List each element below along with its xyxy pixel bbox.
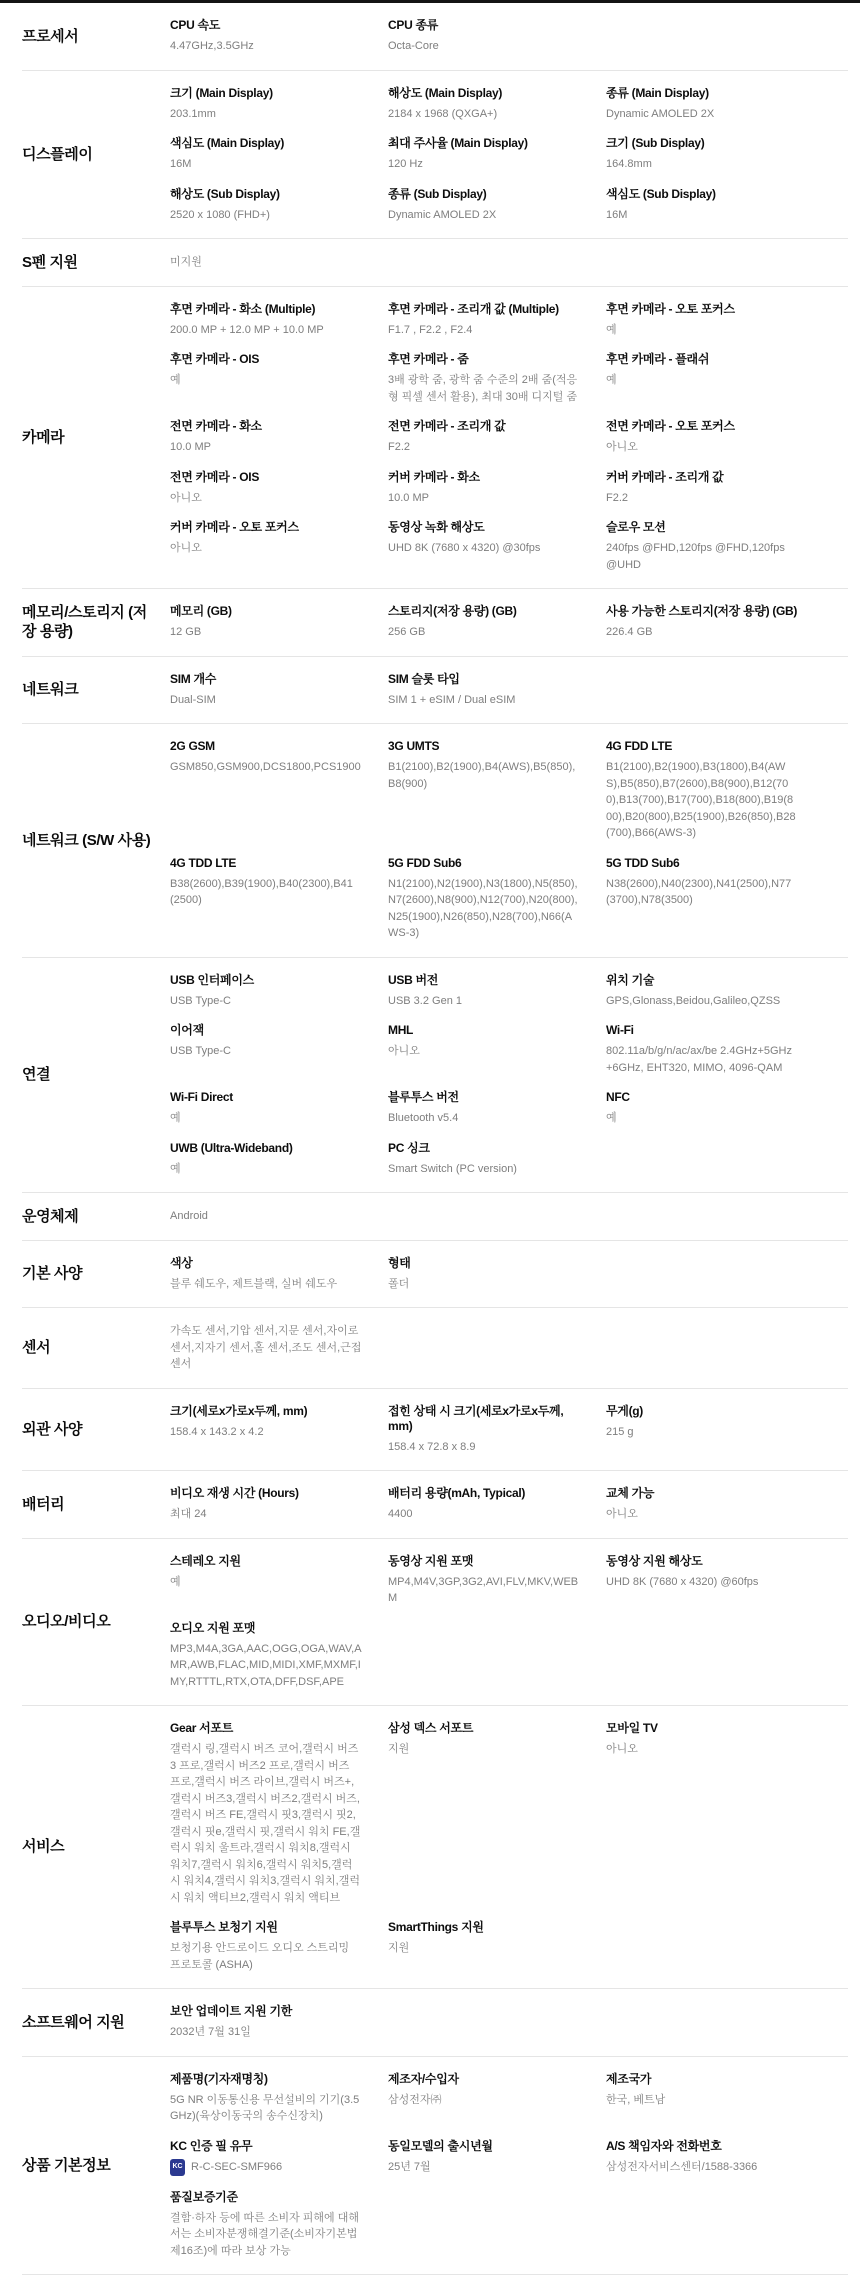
spec-item: A/S 책임자와 전화번호삼성전자서비스센터/1588-3366: [606, 2132, 808, 2183]
spec-item-label: 위치 기술: [606, 973, 798, 988]
spec-item-label: 후면 카메라 - 조리개 값 (Multiple): [388, 302, 580, 317]
spec-item: 미지원: [170, 247, 372, 278]
spec-item: 커버 카메라 - 조리개 값F2.2: [606, 463, 808, 514]
spec-item: 제품명(기자재명칭)5G NR 이동통신용 무선설비의 기기(3.5 GHz)(…: [170, 2065, 372, 2132]
spec-item: 이어잭USB Type-C: [170, 1016, 372, 1083]
spec-item-value: 예: [170, 1574, 362, 1591]
spec-item-value: 4400: [388, 1506, 580, 1523]
spec-section: 소프트웨어 지원보안 업데이트 지원 기한2032년 7월 31일: [22, 1989, 848, 2057]
spec-category-label: 서비스: [22, 1714, 170, 1980]
spec-item: 커버 카메라 - 오토 포커스아니오: [170, 513, 372, 580]
spec-item: 제조국가한국, 베트남: [606, 2065, 808, 2132]
spec-item: NFC예: [606, 1083, 808, 1134]
spec-item-label: 제조국가: [606, 2072, 798, 2087]
spec-item-label: 전면 카메라 - OIS: [170, 470, 362, 485]
spec-item: 전면 카메라 - 화소10.0 MP: [170, 412, 372, 463]
spec-item-value: 아니오: [388, 1043, 580, 1060]
spec-item: 4G FDD LTEB1(2100),B2(1900),B3(1800),B4(…: [606, 732, 808, 849]
kc-certification-icon: KC: [170, 2159, 185, 2176]
spec-item-value: 25년 7월: [388, 2159, 580, 2176]
spec-item-label: 커버 카메라 - 화소: [388, 470, 580, 485]
spec-item-label: UWB (Ultra-Wideband): [170, 1141, 362, 1156]
spec-item-value: 802.11a/b/g/n/ac/ax/be 2.4GHz+5GHz+6GHz,…: [606, 1043, 798, 1076]
spec-item-label: 블루투스 버전: [388, 1090, 580, 1105]
spec-row: 메모리 (GB)12 GB스토리지(저장 용량) (GB)256 GB사용 가능…: [170, 597, 808, 648]
spec-item: USB 인터페이스USB Type-C: [170, 966, 372, 1017]
spec-row: Wi-Fi Direct예블루투스 버전Bluetooth v5.4NFC예: [170, 1083, 808, 1134]
spec-item-value: B1(2100),B2(1900),B3(1800),B4(AWS),B5(85…: [606, 759, 798, 842]
spec-item-value: 5G NR 이동통신용 무선설비의 기기(3.5 GHz)(육상이동국의 송수신…: [170, 2092, 362, 2125]
spec-item-label: 사용 가능한 스토리지(저장 용량) (GB): [606, 604, 798, 619]
spec-row: 보안 업데이트 지원 기한2032년 7월 31일: [170, 1997, 808, 2048]
spec-item: 후면 카메라 - 줌3배 광학 줌, 광학 줌 수준의 2배 줌(적응형 픽셀 …: [388, 345, 590, 412]
spec-item-label: 종류 (Main Display): [606, 86, 798, 101]
spec-item-label: A/S 책임자와 전화번호: [606, 2139, 798, 2154]
spec-item-label: 종류 (Sub Display): [388, 187, 580, 202]
spec-item-value: 200.0 MP + 12.0 MP + 10.0 MP: [170, 322, 362, 339]
spec-row: 품질보증기준결함·하자 등에 따른 소비자 피해에 대해서는 소비자분쟁해결기준…: [170, 2183, 808, 2267]
spec-item-value: 예: [606, 322, 798, 339]
spec-item-value: Octa-Core: [388, 38, 580, 55]
spec-item: Android: [170, 1201, 372, 1232]
spec-section: 프로세서CPU 속도4.47GHz,3.5GHzCPU 종류Octa-Core: [22, 3, 848, 71]
spec-item-value: 2184 x 1968 (QXGA+): [388, 106, 580, 123]
spec-item: CPU 종류Octa-Core: [388, 11, 590, 62]
spec-row: 오디오 지원 포맷MP3,M4A,3GA,AAC,OGG,OGA,WAV,AMR…: [170, 1614, 808, 1698]
spec-item: 색심도 (Main Display)16M: [170, 129, 372, 180]
spec-row: 전면 카메라 - OIS아니오커버 카메라 - 화소10.0 MP커버 카메라 …: [170, 463, 808, 514]
spec-row: 4G TDD LTEB38(2600),B39(1900),B40(2300),…: [170, 849, 808, 949]
spec-item: 가속도 센서,기압 센서,지문 센서,자이로 센서,지자기 센서,홀 센서,조도…: [170, 1316, 372, 1380]
spec-item-label: 커버 카메라 - 오토 포커스: [170, 520, 362, 535]
spec-item: 접힌 상태 시 크기(세로x가로x두께, mm)158.4 x 72.8 x 8…: [388, 1397, 590, 1463]
spec-item-value: 158.4 x 72.8 x 8.9: [388, 1439, 580, 1456]
spec-item-label: 해상도 (Sub Display): [170, 187, 362, 202]
spec-item-value: 폴더: [388, 1276, 580, 1293]
spec-category-label: 기본 사양: [22, 1249, 170, 1300]
spec-item-value: 아니오: [170, 490, 362, 507]
spec-item: 해상도 (Sub Display)2520 x 1080 (FHD+): [170, 180, 372, 231]
spec-section: 메모리/스토리지 (저장 용량)메모리 (GB)12 GB스토리지(저장 용량)…: [22, 589, 848, 657]
spec-item-label: 커버 카메라 - 조리개 값: [606, 470, 798, 485]
spec-item: 품질보증기준결함·하자 등에 따른 소비자 피해에 대해서는 소비자분쟁해결기준…: [170, 2183, 372, 2267]
spec-rows: CPU 속도4.47GHz,3.5GHzCPU 종류Octa-Core: [170, 11, 848, 62]
spec-item-label: 5G TDD Sub6: [606, 856, 798, 871]
spec-item-value: 삼성전자서비스센터/1588-3366: [606, 2159, 798, 2176]
spec-item: 4G TDD LTEB38(2600),B39(1900),B40(2300),…: [170, 849, 372, 949]
spec-category-label: 네트워크 (S/W 사용): [22, 732, 170, 949]
spec-rows: 미지원: [170, 247, 848, 278]
spec-rows: 색상블루 쉐도우, 제트블랙, 실버 쉐도우형태폴더: [170, 1249, 848, 1300]
spec-item-label: CPU 속도: [170, 18, 362, 33]
spec-item-value: 아니오: [606, 1506, 798, 1523]
spec-item: 동영상 지원 포맷MP4,M4V,3GP,3G2,AVI,FLV,MKV,WEB…: [388, 1547, 590, 1614]
spec-item-value: USB Type-C: [170, 993, 362, 1010]
spec-row: SIM 개수Dual-SIMSIM 슬롯 타입SIM 1 + eSIM / Du…: [170, 665, 808, 716]
spec-item-value: 블루 쉐도우, 제트블랙, 실버 쉐도우: [170, 1276, 362, 1293]
spec-item-label: Wi-Fi: [606, 1023, 798, 1038]
spec-rows: USB 인터페이스USB Type-CUSB 버전USB 3.2 Gen 1위치…: [170, 966, 848, 1185]
spec-row: USB 인터페이스USB Type-CUSB 버전USB 3.2 Gen 1위치…: [170, 966, 808, 1017]
spec-item-label: 동영상 지원 해상도: [606, 1554, 798, 1569]
spec-item-value: Bluetooth v5.4: [388, 1110, 580, 1127]
spec-item: SIM 슬롯 타입SIM 1 + eSIM / Dual eSIM: [388, 665, 590, 716]
spec-item-value: 2032년 7월 31일: [170, 2024, 362, 2041]
spec-item-value: 예: [606, 372, 798, 389]
spec-item: PC 싱크Smart Switch (PC version): [388, 1134, 590, 1185]
spec-item-label: 제품명(기자재명칭): [170, 2072, 362, 2087]
spec-row: 이어잭USB Type-CMHL아니오Wi-Fi802.11a/b/g/n/ac…: [170, 1016, 808, 1083]
spec-item: 색심도 (Sub Display)16M: [606, 180, 808, 231]
spec-category-label: 오디오/비디오: [22, 1547, 170, 1698]
spec-item-value: 12 GB: [170, 624, 362, 641]
spec-item-label: 동영상 지원 포맷: [388, 1554, 580, 1569]
spec-item: 후면 카메라 - 화소 (Multiple)200.0 MP + 12.0 MP…: [170, 295, 372, 346]
spec-item: 동영상 지원 해상도UHD 8K (7680 x 4320) @60fps: [606, 1547, 808, 1614]
spec-category-label: 카메라: [22, 295, 170, 581]
spec-item-value: Smart Switch (PC version): [388, 1161, 580, 1178]
spec-item-label: 삼성 덱스 서포트: [388, 1721, 580, 1736]
spec-item-value: 16M: [170, 156, 362, 173]
spec-item: 5G FDD Sub6N1(2100),N2(1900),N3(1800),N5…: [388, 849, 590, 949]
spec-item: SIM 개수Dual-SIM: [170, 665, 372, 716]
spec-item-label: USB 버전: [388, 973, 580, 988]
spec-item: Gear 서포트갤럭시 링,갤럭시 버즈 코어,갤럭시 버즈3 프로,갤럭시 버…: [170, 1714, 372, 1913]
spec-item: 제조자/수입자삼성전자㈜: [388, 2065, 590, 2132]
spec-item-value: Dynamic AMOLED 2X: [606, 106, 798, 123]
spec-rows: 2G GSMGSM850,GSM900,DCS1800,PCS19003G UM…: [170, 732, 848, 949]
spec-item-label: 후면 카메라 - 줌: [388, 352, 580, 367]
spec-item-value: 164.8mm: [606, 156, 798, 173]
spec-item: 슬로우 모션240fps @FHD,120fps @FHD,120fps @UH…: [606, 513, 808, 580]
spec-item: Wi-Fi Direct예: [170, 1083, 372, 1134]
spec-section: 연결USB 인터페이스USB Type-CUSB 버전USB 3.2 Gen 1…: [22, 958, 848, 1194]
spec-item-value: 아니오: [170, 540, 362, 557]
spec-item-value: F2.2: [388, 439, 580, 456]
spec-item: 모바일 TV아니오: [606, 1714, 808, 1913]
spec-section: 오디오/비디오스테레오 지원예동영상 지원 포맷MP4,M4V,3GP,3G2,…: [22, 1539, 848, 1707]
spec-item-label: 전면 카메라 - 오토 포커스: [606, 419, 798, 434]
spec-item-value: 갤럭시 링,갤럭시 버즈 코어,갤럭시 버즈3 프로,갤럭시 버즈2 프로,갤럭…: [170, 1741, 362, 1906]
spec-item-value: 삼성전자㈜: [388, 2092, 580, 2109]
spec-section: 운영체제Android: [22, 1193, 848, 1241]
spec-table: 프로세서CPU 속도4.47GHz,3.5GHzCPU 종류Octa-Core디…: [22, 3, 848, 2275]
spec-item-value: 예: [170, 372, 362, 389]
spec-item-label: 후면 카메라 - 오토 포커스: [606, 302, 798, 317]
spec-item-label: 형태: [388, 1256, 580, 1271]
spec-item-value: 가속도 센서,기압 센서,지문 센서,자이로 센서,지자기 센서,홀 센서,조도…: [170, 1323, 362, 1373]
spec-item-label: SIM 개수: [170, 672, 362, 687]
spec-item-value: 예: [606, 1110, 798, 1127]
spec-row: 커버 카메라 - 오토 포커스아니오동영상 녹화 해상도UHD 8K (7680…: [170, 513, 808, 580]
spec-section: 서비스Gear 서포트갤럭시 링,갤럭시 버즈 코어,갤럭시 버즈3 프로,갤럭…: [22, 1706, 848, 1989]
spec-item: 2G GSMGSM850,GSM900,DCS1800,PCS1900: [170, 732, 372, 849]
spec-category-label: 프로세서: [22, 11, 170, 62]
spec-item-label: CPU 종류: [388, 18, 580, 33]
spec-row: 후면 카메라 - 화소 (Multiple)200.0 MP + 12.0 MP…: [170, 295, 808, 346]
spec-rows: 보안 업데이트 지원 기한2032년 7월 31일: [170, 1997, 848, 2048]
spec-item-label: SmartThings 지원: [388, 1920, 580, 1935]
spec-item-label: 색상: [170, 1256, 362, 1271]
spec-item: 해상도 (Main Display)2184 x 1968 (QXGA+): [388, 79, 590, 130]
spec-item-label: NFC: [606, 1090, 798, 1105]
spec-row: 미지원: [170, 247, 808, 278]
spec-section: 배터리비디오 재생 시간 (Hours)최대 24배터리 용량(mAh, Typ…: [22, 1471, 848, 1539]
spec-item: 종류 (Sub Display)Dynamic AMOLED 2X: [388, 180, 590, 231]
spec-item-label: 후면 카메라 - OIS: [170, 352, 362, 367]
spec-item-label: 메모리 (GB): [170, 604, 362, 619]
spec-item: 사용 가능한 스토리지(저장 용량) (GB)226.4 GB: [606, 597, 808, 648]
spec-item-value: 한국, 베트남: [606, 2092, 798, 2109]
spec-rows: SIM 개수Dual-SIMSIM 슬롯 타입SIM 1 + eSIM / Du…: [170, 665, 848, 716]
spec-item-label: 크기 (Main Display): [170, 86, 362, 101]
spec-item-label: MHL: [388, 1023, 580, 1038]
spec-item: CPU 속도4.47GHz,3.5GHz: [170, 11, 372, 62]
spec-row: Android: [170, 1201, 808, 1232]
spec-item-label: USB 인터페이스: [170, 973, 362, 988]
spec-category-label: 외관 사양: [22, 1397, 170, 1463]
spec-section: S펜 지원미지원: [22, 239, 848, 287]
spec-item: 크기 (Main Display)203.1mm: [170, 79, 372, 130]
spec-row: 2G GSMGSM850,GSM900,DCS1800,PCS19003G UM…: [170, 732, 808, 849]
spec-item: UWB (Ultra-Wideband)예: [170, 1134, 372, 1185]
spec-item-value: N1(2100),N2(1900),N3(1800),N5(850),N7(26…: [388, 876, 580, 942]
spec-item-value: Dynamic AMOLED 2X: [388, 207, 580, 224]
spec-item-value: F2.2: [606, 490, 798, 507]
spec-row: 후면 카메라 - OIS예후면 카메라 - 줌3배 광학 줌, 광학 줌 수준의…: [170, 345, 808, 412]
spec-item: MHL아니오: [388, 1016, 590, 1083]
spec-item-value: 10.0 MP: [170, 439, 362, 456]
spec-item-label: 전면 카메라 - 화소: [170, 419, 362, 434]
spec-section: 센서가속도 센서,기압 센서,지문 센서,자이로 센서,지자기 센서,홀 센서,…: [22, 1308, 848, 1389]
spec-section: 디스플레이크기 (Main Display)203.1mm해상도 (Main D…: [22, 71, 848, 240]
spec-item-label: PC 싱크: [388, 1141, 580, 1156]
spec-category-label: 배터리: [22, 1479, 170, 1530]
spec-item-label: 스토리지(저장 용량) (GB): [388, 604, 580, 619]
spec-item-label: 4G TDD LTE: [170, 856, 362, 871]
spec-item: KC 인증 필 유무KCR-C-SEC-SMF966: [170, 2132, 372, 2183]
spec-item-label: 크기 (Sub Display): [606, 136, 798, 151]
spec-item-label: 색심도 (Main Display): [170, 136, 362, 151]
spec-item: 교체 가능아니오: [606, 1479, 808, 1530]
spec-rows: Gear 서포트갤럭시 링,갤럭시 버즈 코어,갤럭시 버즈3 프로,갤럭시 버…: [170, 1714, 848, 1980]
spec-item: 동영상 녹화 해상도UHD 8K (7680 x 4320) @30fps: [388, 513, 590, 580]
spec-item-label: 무게(g): [606, 1404, 798, 1419]
spec-category-label: 네트워크: [22, 665, 170, 716]
spec-item: 전면 카메라 - OIS아니오: [170, 463, 372, 514]
spec-item: 무게(g)215 g: [606, 1397, 808, 1463]
spec-item-value: Android: [170, 1208, 362, 1225]
spec-item-value: SIM 1 + eSIM / Dual eSIM: [388, 692, 580, 709]
spec-item-value: 120 Hz: [388, 156, 580, 173]
spec-item-value: MP3,M4A,3GA,AAC,OGG,OGA,WAV,AMR,AWB,FLAC…: [170, 1641, 362, 1691]
spec-item-value: 예: [170, 1161, 362, 1178]
spec-item: 후면 카메라 - OIS예: [170, 345, 372, 412]
spec-item-label: 비디오 재생 시간 (Hours): [170, 1486, 362, 1501]
spec-item-label: 교체 가능: [606, 1486, 798, 1501]
spec-category-label: S펜 지원: [22, 247, 170, 278]
spec-section: 외관 사양크기(세로x가로x두께, mm)158.4 x 143.2 x 4.2…: [22, 1389, 848, 1472]
spec-item: 커버 카메라 - 화소10.0 MP: [388, 463, 590, 514]
spec-category-label: 연결: [22, 966, 170, 1185]
spec-item: SmartThings 지원지원: [388, 1913, 590, 1980]
spec-item-value: USB 3.2 Gen 1: [388, 993, 580, 1010]
spec-section: 네트워크 (S/W 사용)2G GSMGSM850,GSM900,DCS1800…: [22, 724, 848, 958]
spec-item-label: 최대 주사율 (Main Display): [388, 136, 580, 151]
spec-item-value: GSM850,GSM900,DCS1800,PCS1900: [170, 759, 362, 776]
spec-item: 위치 기술GPS,Glonass,Beidou,Galileo,QZSS: [606, 966, 808, 1017]
spec-item-label: Wi-Fi Direct: [170, 1090, 362, 1105]
spec-item-label: 후면 카메라 - 화소 (Multiple): [170, 302, 362, 317]
spec-row: 크기 (Main Display)203.1mm해상도 (Main Displa…: [170, 79, 808, 130]
spec-row: 가속도 센서,기압 센서,지문 센서,자이로 센서,지자기 센서,홀 센서,조도…: [170, 1316, 808, 1380]
spec-item: Wi-Fi802.11a/b/g/n/ac/ax/be 2.4GHz+5GHz+…: [606, 1016, 808, 1083]
spec-item-label: 후면 카메라 - 플래쉬: [606, 352, 798, 367]
spec-item: 블루투스 보청기 지원보청기용 안드로이드 오디오 스트리밍 프로토콜 (ASH…: [170, 1913, 372, 1980]
spec-item-label: 해상도 (Main Display): [388, 86, 580, 101]
spec-item-label: 보안 업데이트 지원 기한: [170, 2004, 362, 2019]
spec-item: USB 버전USB 3.2 Gen 1: [388, 966, 590, 1017]
spec-item-value: Dual-SIM: [170, 692, 362, 709]
spec-item-value: 지원: [388, 1940, 580, 1957]
spec-row: UWB (Ultra-Wideband)예PC 싱크Smart Switch (…: [170, 1134, 808, 1185]
spec-item-value: 예: [170, 1110, 362, 1127]
spec-item: 보안 업데이트 지원 기한2032년 7월 31일: [170, 1997, 372, 2048]
spec-category-label: 센서: [22, 1316, 170, 1380]
spec-row: CPU 속도4.47GHz,3.5GHzCPU 종류Octa-Core: [170, 11, 808, 62]
spec-item-value: 256 GB: [388, 624, 580, 641]
spec-rows: Android: [170, 1201, 848, 1232]
spec-section: 카메라후면 카메라 - 화소 (Multiple)200.0 MP + 12.0…: [22, 287, 848, 590]
spec-item-label: 제조자/수입자: [388, 2072, 580, 2087]
spec-item: 후면 카메라 - 조리개 값 (Multiple)F1.7 , F2.2 , F…: [388, 295, 590, 346]
spec-category-label: 운영체제: [22, 1201, 170, 1232]
spec-item: 동일모델의 출시년월25년 7월: [388, 2132, 590, 2183]
spec-row: 해상도 (Sub Display)2520 x 1080 (FHD+)종류 (S…: [170, 180, 808, 231]
spec-item-value: 10.0 MP: [388, 490, 580, 507]
spec-item-value: KCR-C-SEC-SMF966: [170, 2159, 362, 2176]
spec-item-value: 2520 x 1080 (FHD+): [170, 207, 362, 224]
spec-item: 배터리 용량(mAh, Typical)4400: [388, 1479, 590, 1530]
spec-category-label: 상품 기본정보: [22, 2065, 170, 2267]
spec-item-value: 결함·하자 등에 따른 소비자 피해에 대해서는 소비자분쟁해결기준(소비자기본…: [170, 2210, 362, 2260]
spec-item-value: F1.7 , F2.2 , F2.4: [388, 322, 580, 339]
spec-item-value: B38(2600),B39(1900),B40(2300),B41(2500): [170, 876, 362, 909]
spec-item: 오디오 지원 포맷MP3,M4A,3GA,AAC,OGG,OGA,WAV,AMR…: [170, 1614, 372, 1698]
spec-item-label: 스테레오 지원: [170, 1554, 362, 1569]
spec-item-label: 2G GSM: [170, 739, 362, 754]
spec-item-label: 크기(세로x가로x두께, mm): [170, 1404, 362, 1419]
spec-row: KC 인증 필 유무KCR-C-SEC-SMF966동일모델의 출시년월25년 …: [170, 2132, 808, 2183]
spec-item-value: 미지원: [170, 254, 362, 271]
spec-item: 종류 (Main Display)Dynamic AMOLED 2X: [606, 79, 808, 130]
spec-item: 5G TDD Sub6N38(2600),N40(2300),N41(2500)…: [606, 849, 808, 949]
spec-item: 크기 (Sub Display)164.8mm: [606, 129, 808, 180]
spec-row: Gear 서포트갤럭시 링,갤럭시 버즈 코어,갤럭시 버즈3 프로,갤럭시 버…: [170, 1714, 808, 1913]
spec-item: 삼성 덱스 서포트지원: [388, 1714, 590, 1913]
spec-item-value-text: R-C-SEC-SMF966: [191, 2159, 282, 2176]
spec-item-value: N38(2600),N40(2300),N41(2500),N77(3700),…: [606, 876, 798, 909]
spec-item: 크기(세로x가로x두께, mm)158.4 x 143.2 x 4.2: [170, 1397, 372, 1463]
spec-item-label: 동영상 녹화 해상도: [388, 520, 580, 535]
spec-item-value: 아니오: [606, 1741, 798, 1758]
spec-item: 전면 카메라 - 오토 포커스아니오: [606, 412, 808, 463]
spec-item-value: UHD 8K (7680 x 4320) @60fps: [606, 1574, 798, 1591]
spec-item-label: 동일모델의 출시년월: [388, 2139, 580, 2154]
spec-item-label: 모바일 TV: [606, 1721, 798, 1736]
spec-row: 색심도 (Main Display)16M최대 주사율 (Main Displa…: [170, 129, 808, 180]
spec-item: 비디오 재생 시간 (Hours)최대 24: [170, 1479, 372, 1530]
spec-item-value: 16M: [606, 207, 798, 224]
spec-row: 전면 카메라 - 화소10.0 MP전면 카메라 - 조리개 값F2.2전면 카…: [170, 412, 808, 463]
spec-item-label: 이어잭: [170, 1023, 362, 1038]
spec-item: 블루투스 버전Bluetooth v5.4: [388, 1083, 590, 1134]
spec-row: 제품명(기자재명칭)5G NR 이동통신용 무선설비의 기기(3.5 GHz)(…: [170, 2065, 808, 2132]
spec-rows: 크기 (Main Display)203.1mm해상도 (Main Displa…: [170, 79, 848, 231]
spec-item-value: 4.47GHz,3.5GHz: [170, 38, 362, 55]
spec-section: 네트워크SIM 개수Dual-SIMSIM 슬롯 타입SIM 1 + eSIM …: [22, 657, 848, 725]
spec-item-label: 블루투스 보청기 지원: [170, 1920, 362, 1935]
spec-item-value: 215 g: [606, 1424, 798, 1441]
spec-item-value: 최대 24: [170, 1506, 362, 1523]
spec-item-value: 보청기용 안드로이드 오디오 스트리밍 프로토콜 (ASHA): [170, 1940, 362, 1973]
spec-rows: 크기(세로x가로x두께, mm)158.4 x 143.2 x 4.2접힌 상태…: [170, 1397, 848, 1463]
spec-item-label: 오디오 지원 포맷: [170, 1621, 362, 1636]
spec-item: 3G UMTSB1(2100),B2(1900),B4(AWS),B5(850)…: [388, 732, 590, 849]
spec-rows: 스테레오 지원예동영상 지원 포맷MP4,M4V,3GP,3G2,AVI,FLV…: [170, 1547, 848, 1698]
spec-category-label: 디스플레이: [22, 79, 170, 231]
spec-item-value: GPS,Glonass,Beidou,Galileo,QZSS: [606, 993, 798, 1010]
spec-item: 최대 주사율 (Main Display)120 Hz: [388, 129, 590, 180]
spec-row: 스테레오 지원예동영상 지원 포맷MP4,M4V,3GP,3G2,AVI,FLV…: [170, 1547, 808, 1614]
spec-item-value: 지원: [388, 1741, 580, 1758]
spec-category-label: 메모리/스토리지 (저장 용량): [22, 597, 170, 648]
spec-item-value: 226.4 GB: [606, 624, 798, 641]
spec-rows: 가속도 센서,기압 센서,지문 센서,자이로 센서,지자기 센서,홀 센서,조도…: [170, 1316, 848, 1380]
spec-item: 형태폴더: [388, 1249, 590, 1300]
spec-item: 후면 카메라 - 오토 포커스예: [606, 295, 808, 346]
spec-item-label: 배터리 용량(mAh, Typical): [388, 1486, 580, 1501]
spec-item: 색상블루 쉐도우, 제트블랙, 실버 쉐도우: [170, 1249, 372, 1300]
spec-item-value: 3배 광학 줌, 광학 줌 수준의 2배 줌(적응형 픽셀 센서 활용), 최대…: [388, 372, 580, 405]
spec-item-value: B1(2100),B2(1900),B4(AWS),B5(850),B8(900…: [388, 759, 580, 792]
spec-item: 후면 카메라 - 플래쉬예: [606, 345, 808, 412]
spec-item: 메모리 (GB)12 GB: [170, 597, 372, 648]
spec-item-label: 3G UMTS: [388, 739, 580, 754]
spec-item-label: KC 인증 필 유무: [170, 2139, 362, 2154]
spec-item: 전면 카메라 - 조리개 값F2.2: [388, 412, 590, 463]
spec-item-label: 5G FDD Sub6: [388, 856, 580, 871]
spec-item-label: 전면 카메라 - 조리개 값: [388, 419, 580, 434]
spec-section: 상품 기본정보제품명(기자재명칭)5G NR 이동통신용 무선설비의 기기(3.…: [22, 2057, 848, 2275]
spec-item: 스토리지(저장 용량) (GB)256 GB: [388, 597, 590, 648]
spec-row: 크기(세로x가로x두께, mm)158.4 x 143.2 x 4.2접힌 상태…: [170, 1397, 808, 1463]
spec-rows: 메모리 (GB)12 GB스토리지(저장 용량) (GB)256 GB사용 가능…: [170, 597, 848, 648]
spec-item-value: 아니오: [606, 439, 798, 456]
spec-item-label: Gear 서포트: [170, 1721, 362, 1736]
spec-item-label: SIM 슬롯 타입: [388, 672, 580, 687]
spec-item-value: MP4,M4V,3GP,3G2,AVI,FLV,MKV,WEBM: [388, 1574, 580, 1607]
spec-category-label: 소프트웨어 지원: [22, 1997, 170, 2048]
spec-item-label: 슬로우 모션: [606, 520, 798, 535]
spec-item-label: 색심도 (Sub Display): [606, 187, 798, 202]
spec-item-value: 158.4 x 143.2 x 4.2: [170, 1424, 362, 1441]
spec-item-label: 4G FDD LTE: [606, 739, 798, 754]
spec-section: 기본 사양색상블루 쉐도우, 제트블랙, 실버 쉐도우형태폴더: [22, 1241, 848, 1309]
spec-rows: 비디오 재생 시간 (Hours)최대 24배터리 용량(mAh, Typica…: [170, 1479, 848, 1530]
spec-row: 색상블루 쉐도우, 제트블랙, 실버 쉐도우형태폴더: [170, 1249, 808, 1300]
spec-row: 블루투스 보청기 지원보청기용 안드로이드 오디오 스트리밍 프로토콜 (ASH…: [170, 1913, 808, 1980]
